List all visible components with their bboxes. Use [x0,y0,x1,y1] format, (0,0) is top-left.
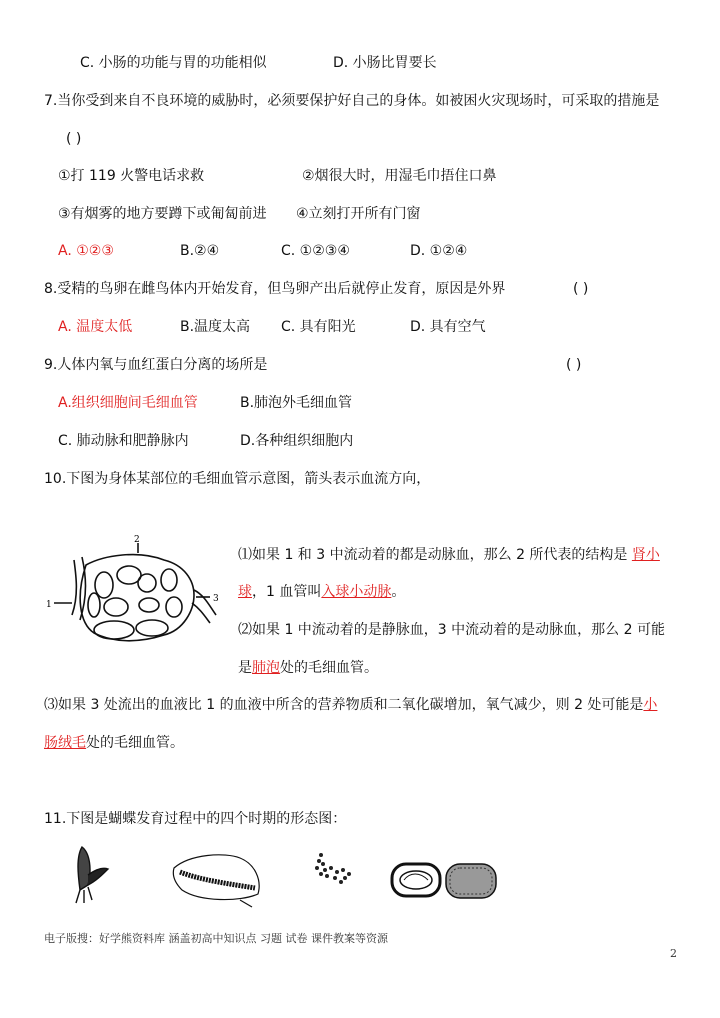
q9-bracket: ( ) [566,355,581,375]
q7-option-a-answer: A. ①②③ [58,241,114,261]
q10-p3-answer: 小 [643,697,657,713]
capillary-diagram: 2 1 3 [44,535,234,650]
q10-p2-answer: 肺泡 [252,660,280,676]
q10-part1-line1: ⑴如果 1 和 3 中流动着的都是动脉血，那么 2 所代表的结构是 肾小 [238,545,660,565]
q8-option-d: D. 具有空气 [410,317,486,337]
q9-stem: 9.人体内氧与血红蛋白分离的场所是 [44,355,267,375]
label-1: 1 [46,600,52,610]
q10-p1-text2: ，1 血管叫 [252,584,321,600]
q10-p3-answer-cont: 肠绒毛 [44,735,86,751]
q7-item-2: ②烟很大时，用湿毛巾捂住口鼻 [302,166,497,186]
label-2: 2 [134,535,140,545]
q9-option-c: C. 肺动脉和肥静脉内 [58,431,189,451]
q9-option-d: D.各种组织细胞内 [240,431,353,451]
q7-option-d: D. ①②④ [410,241,467,261]
q8-option-a-answer: A. 温度太低 [58,317,132,337]
q7-option-c: C. ①②③④ [281,241,350,261]
q10-part2-line2: 是肺泡处的毛细血管。 [238,658,378,678]
q10-part3-line2: 肠绒毛处的毛细血管。 [44,733,184,753]
q7-bracket: ( ) [66,129,81,149]
q7-option-b: B.②④ [180,241,219,261]
q7-item-4: ④立刻打开所有门窗 [296,204,421,224]
q8-option-b: B.温度太高 [180,317,250,337]
label-3: 3 [213,594,219,604]
q10-p1-text3: 。 [391,584,405,600]
q10-p1-answer2: 入球小动脉 [321,584,391,600]
q7-item-1: ①打 119 火警电话求救 [58,166,204,186]
q10-p2-text: 是 [238,660,252,676]
eggs-image [313,852,355,887]
q10-p3-text2: 处的毛细血管。 [86,735,184,751]
q10-stem: 10.下图为身体某部位的毛细血管示意图，箭头表示血流方向， [44,469,430,489]
q10-p1-text: ⑴如果 1 和 3 中流动着的都是动脉血，那么 2 所代表的结构是 [238,547,632,563]
q11-stem: 11.下图是蝴蝶发育过程中的四个时期的形态图： [44,809,346,829]
q9-option-a-answer: A.组织细胞间毛细血管 [58,393,198,413]
q6-option-d: D. 小肠比胃要长 [333,53,437,73]
q10-p3-text: ⑶如果 3 处流出的血液比 1 的血液中所含的营养物质和二氧化碳增加，氧气减少，… [44,697,643,713]
q10-p1-answer1-cont: 球 [238,584,252,600]
q10-part1-line2: 球，1 血管叫入球小动脉。 [238,582,405,602]
q10-p2-text2: 处的毛细血管。 [280,660,378,676]
pupa-image [390,860,500,900]
q8-option-c: C. 具有阳光 [281,317,356,337]
q8-bracket: ( ) [573,279,588,299]
q10-p1-answer1: 肾小 [632,547,660,563]
q6-option-c: C. 小肠的功能与胃的功能相似 [80,53,267,73]
q7-stem: 7.当你受到来自不良环境的威胁时，必须要保护好自己的身体。如被困火灾现场时，可采… [44,91,659,111]
q10-part3-line1: ⑶如果 3 处流出的血液比 1 的血液中所含的营养物质和二氧化碳增加，氧气减少，… [44,695,657,715]
butterfly-adult-image [70,845,110,905]
q8-stem: 8.受精的鸟卵在雌鸟体内开始发育，但鸟卵产出后就停止发育，原因是外界 [44,279,505,299]
q7-item-3: ③有烟雾的地方要蹲下或匍匐前进 [58,204,267,224]
footer-text: 电子版搜：好学熊资料库 涵盖初高中知识点 习题 试卷 课件教案等资源 [44,929,388,949]
page-number: 2 [670,944,677,964]
q9-option-b: B.肺泡外毛细血管 [240,393,352,413]
q10-part2-line1: ⑵如果 1 中流动着的是静脉血，3 中流动着的是动脉血，那么 2 可能 [238,620,665,640]
larva-on-leaf-image [170,850,265,908]
